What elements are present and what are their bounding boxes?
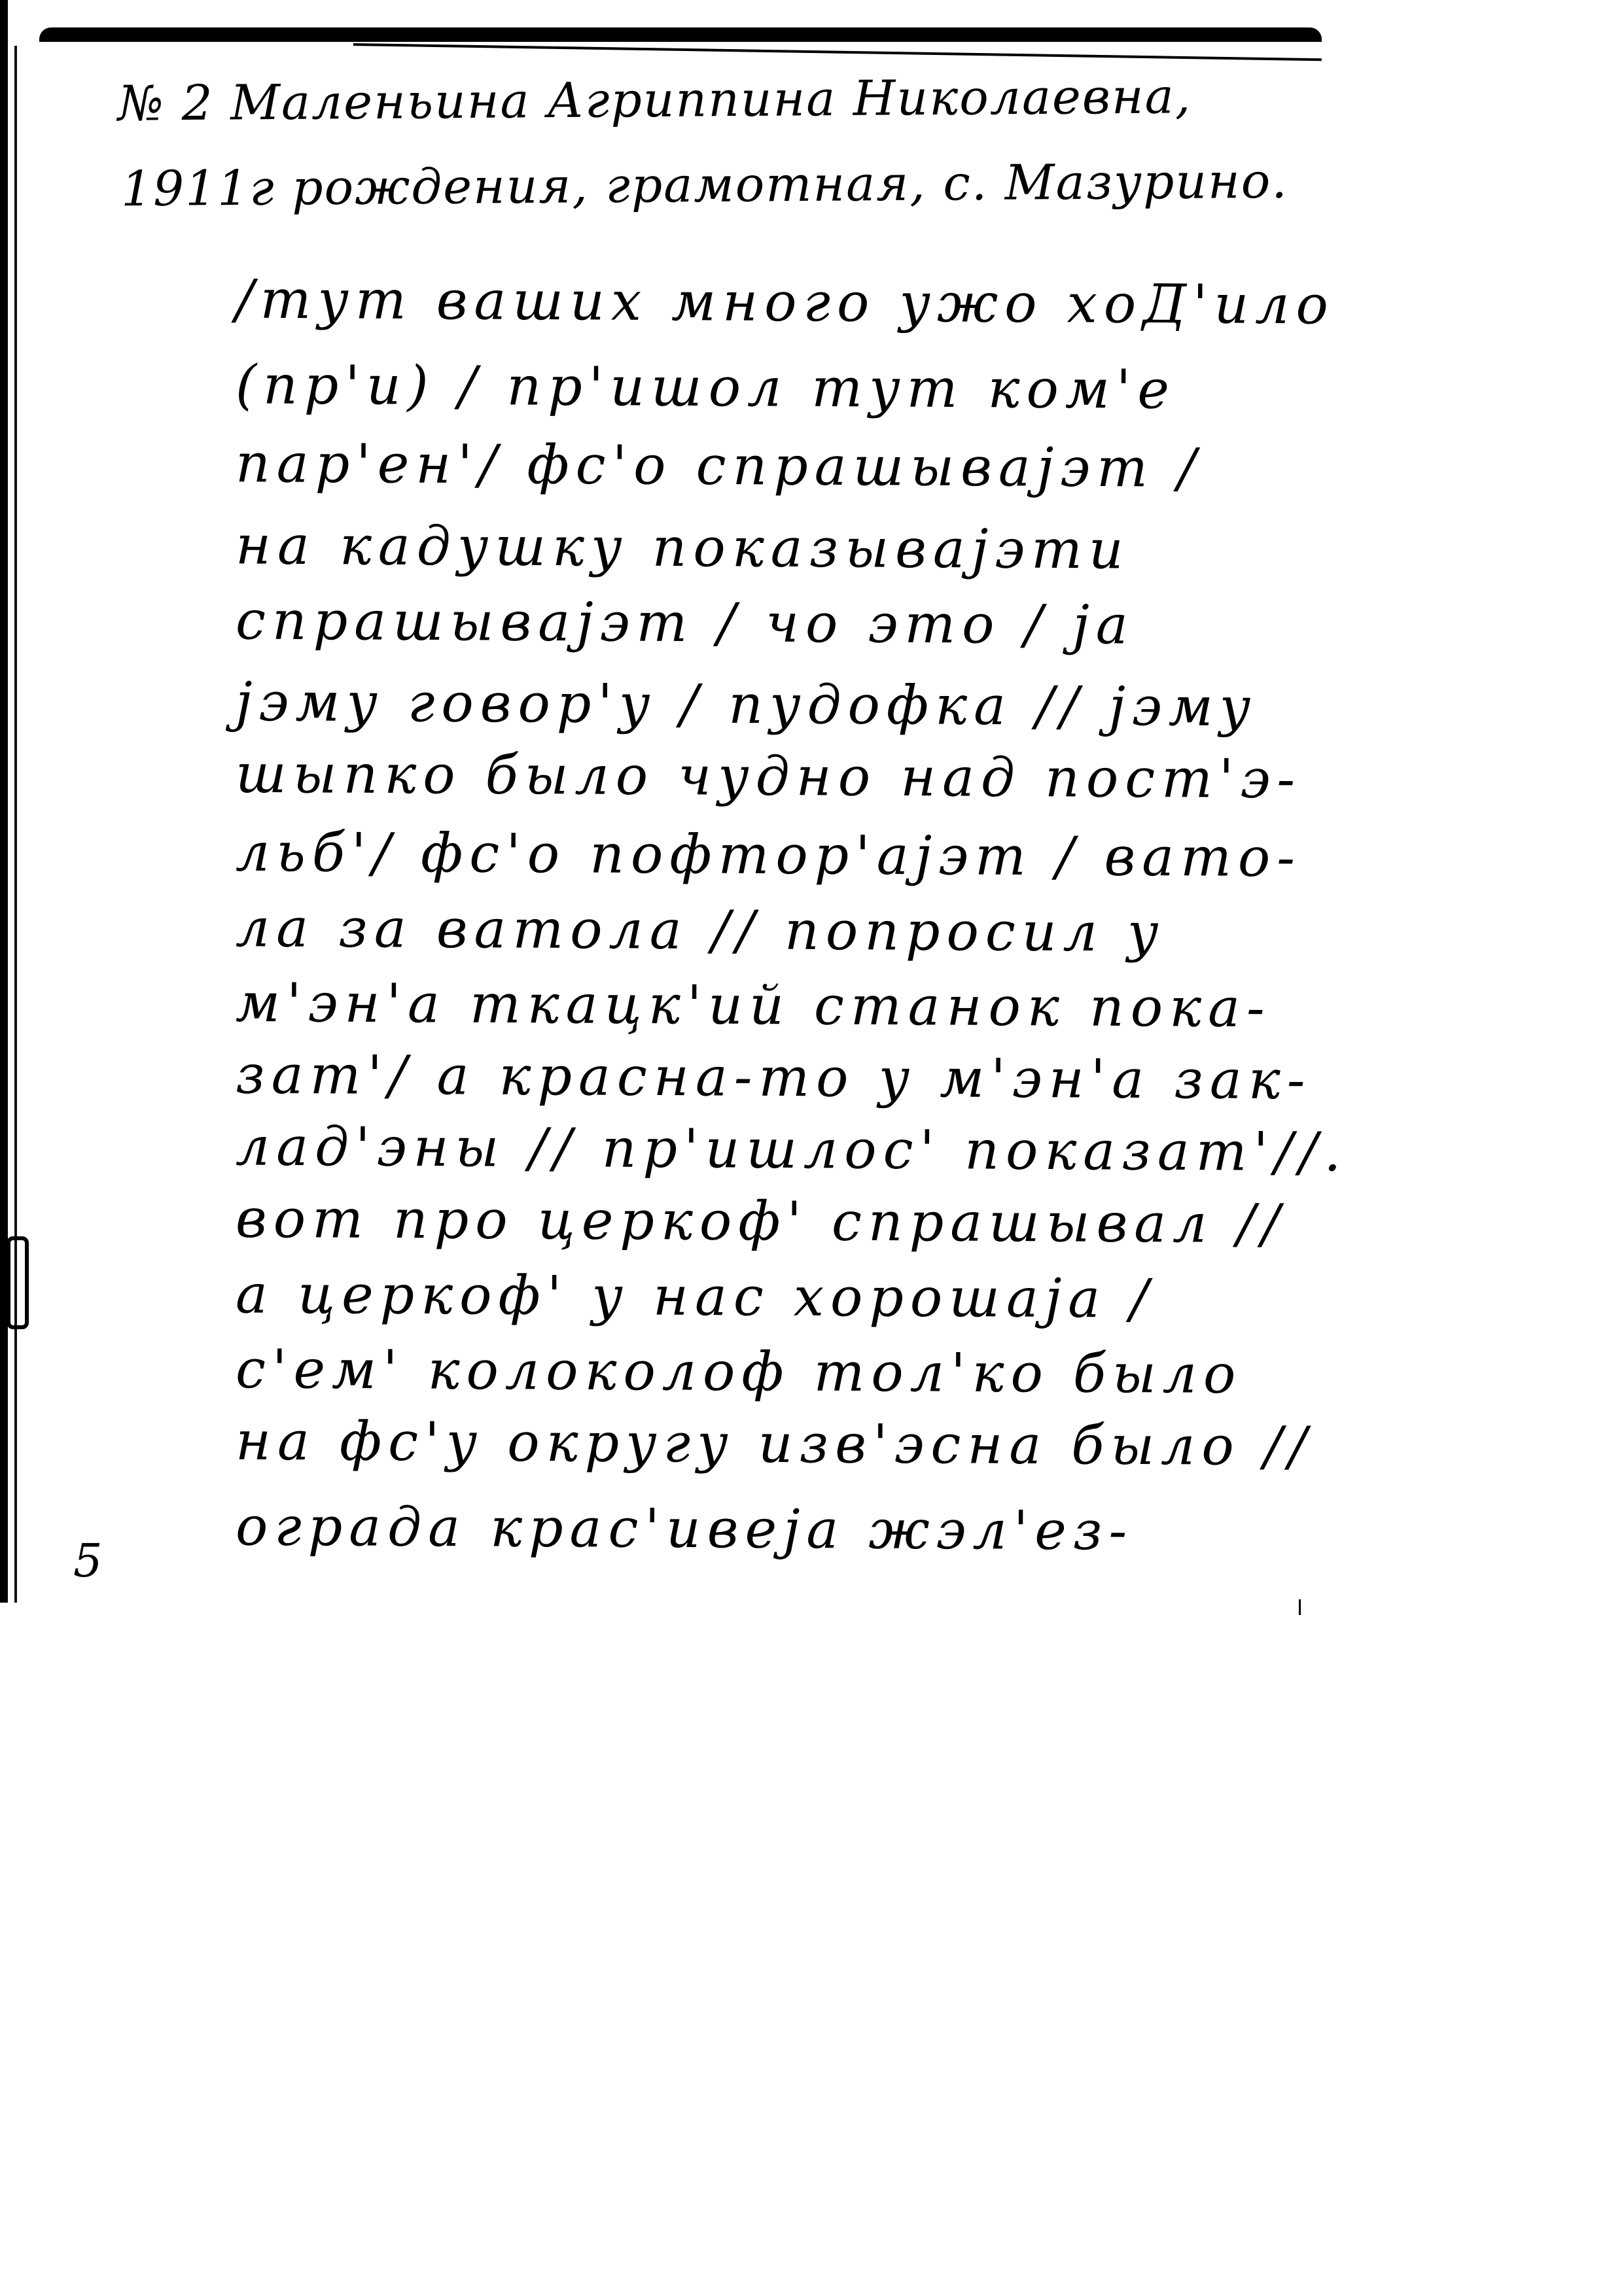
text-line: jэму говор'у / пудофка // jэму: [236, 671, 1258, 739]
text-line: на фс'у округу изв'эсна было //: [236, 1410, 1314, 1478]
scan-left-edge: [0, 0, 8, 1603]
text-line: пар'ен'/ фс'о спрашываjэт /: [236, 432, 1203, 500]
text-line: льб'/ фс'о пофтор'аjэт / вато-: [236, 822, 1301, 890]
text-line: а церкоф' у нас хорошаjа /: [236, 1263, 1155, 1330]
text-line: м'эн'а ткацк'ий станок пока-: [236, 972, 1271, 1039]
scanned-manuscript-page: № 2 Маленьина Агриппина Николаевна, 1911…: [0, 0, 1607, 2296]
header-informant-name: № 2 Маленьина Агриппина Николаевна,: [118, 68, 1192, 131]
text-line: шыпко было чудно над пост'э-: [236, 743, 1302, 811]
binding-mark: [7, 1236, 29, 1329]
text-line: /тут ваших много ужо хоД'ило: [236, 269, 1335, 337]
page-margin-line: [14, 46, 17, 1603]
header-informant-details: 1911г рождения, грамотная, с. Мазурино.: [121, 153, 1288, 217]
text-line: зат'/ а красна-то у м'эн'а зак-: [236, 1044, 1312, 1112]
text-line: с'ем' колоколоф тол'ко было: [236, 1338, 1243, 1406]
text-line: ла за ватола // попросил у: [236, 897, 1165, 964]
text-line: ограда крас'ивеjа жэл'ез-: [236, 1495, 1134, 1562]
text-line: (пр'и) / пр'ишол тут ком'е: [236, 354, 1176, 421]
text-line: вот про церкоф' спрашывал //: [236, 1188, 1286, 1255]
text-line: спрашываjэт / чо это / jа: [236, 589, 1135, 656]
text-line: лад'эны // пр'ишлос' показат'//.: [236, 1116, 1348, 1184]
stray-pen-mark: [1299, 1599, 1301, 1615]
text-line: на кадушку показываjэти: [236, 514, 1130, 581]
page-top-edge: [353, 43, 1322, 61]
scan-top-shadow: [39, 27, 1322, 42]
page-number: 5: [73, 1534, 103, 1588]
